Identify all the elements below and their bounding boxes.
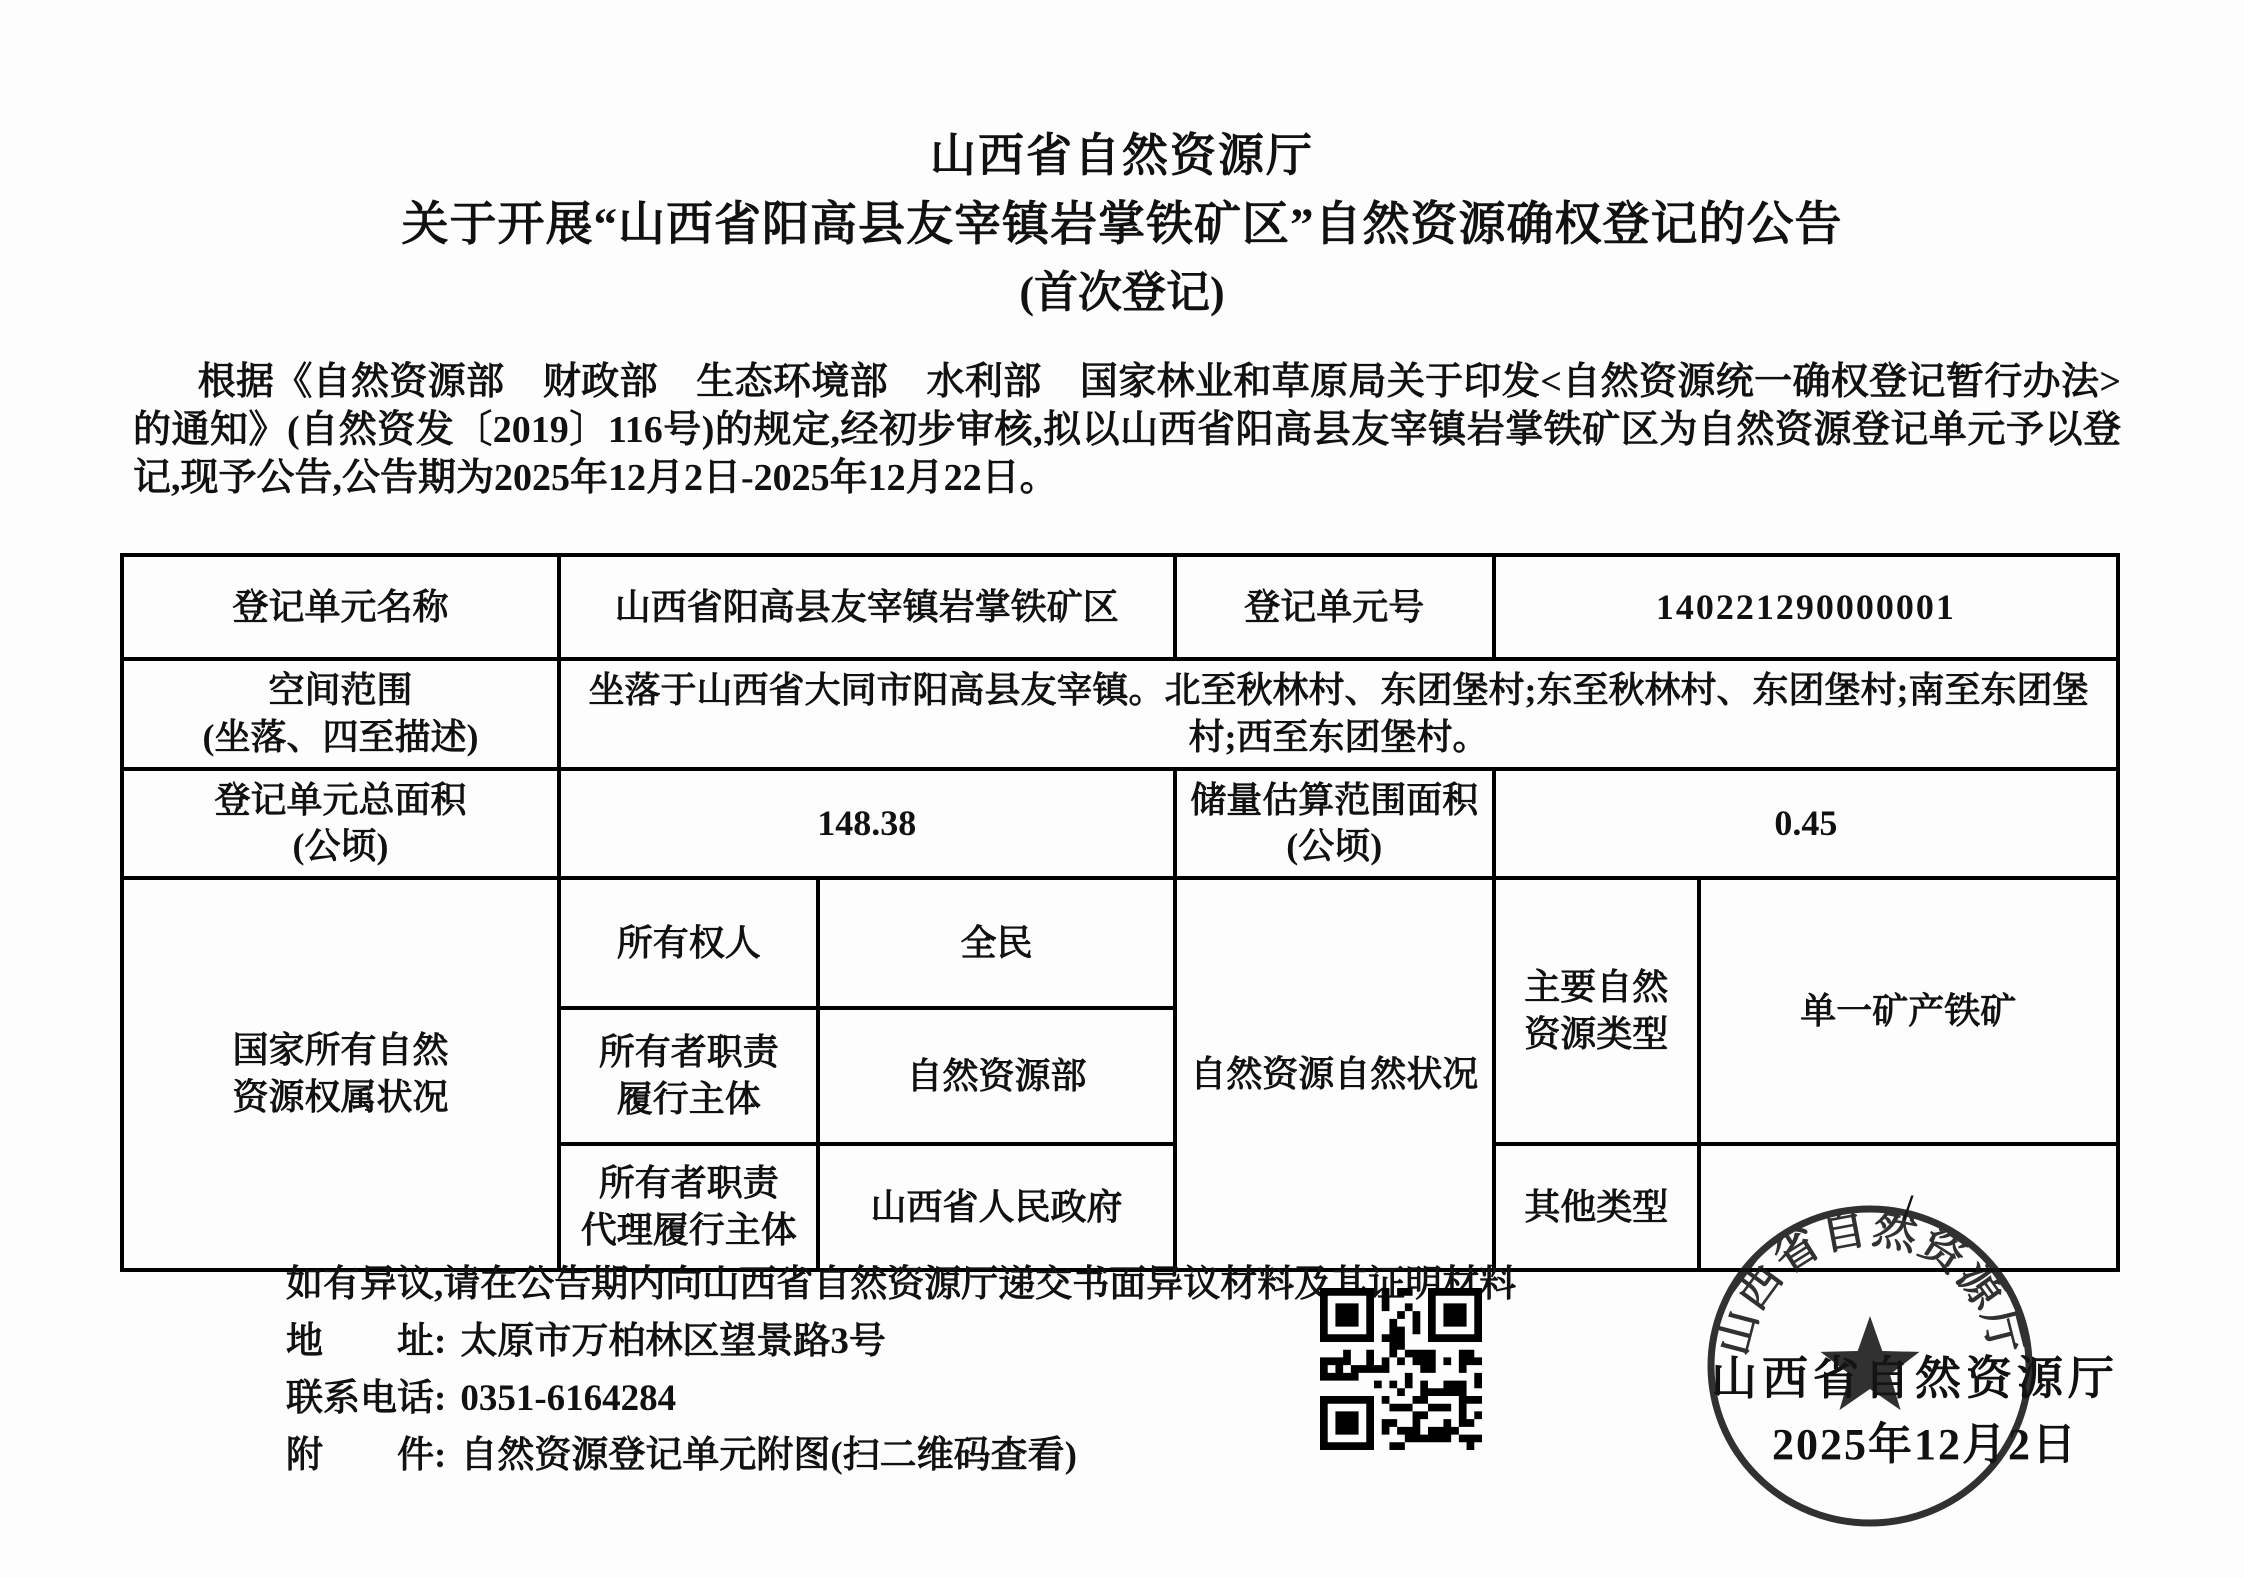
unit-name-label: 登记单元名称	[122, 555, 559, 659]
unit-number-label: 登记单元号	[1175, 555, 1494, 659]
address-value: 太原市万柏林区望景路3号	[460, 1321, 886, 1362]
official-seal: 山西省自然资源厅	[1700, 1196, 2040, 1536]
seal-star-icon	[1821, 1316, 1920, 1410]
agent-performer-value: 山西省人民政府	[818, 1144, 1174, 1270]
total-area-label: 登记单元总面积 (公顷)	[122, 769, 559, 879]
document-title: 山西省自然资源厅	[0, 122, 2244, 190]
spatial-scope-label: 空间范围 (坐落、四至描述)	[122, 659, 559, 769]
unit-name-value: 山西省阳高县友宰镇岩掌铁矿区	[559, 555, 1175, 659]
reserve-area-label: 储量估算范围面积 (公顷)	[1175, 769, 1494, 879]
spatial-scope-value: 坐落于山西省大同市阳高县友宰镇。北至秋林村、东团堡村;东至秋林村、东团堡村;南至…	[559, 659, 2118, 769]
unit-number-value: 140221290000001	[1494, 555, 2118, 659]
reserve-area-value: 0.45	[1494, 769, 2118, 879]
table-row: 空间范围 (坐落、四至描述) 坐落于山西省大同市阳高县友宰镇。北至秋林村、东团堡…	[122, 659, 2118, 769]
main-resource-type-label: 主要自然 资源类型	[1494, 878, 1699, 1144]
other-type-label: 其他类型	[1494, 1144, 1699, 1270]
nature-section-label: 自然资源自然状况	[1175, 878, 1494, 1270]
qr-code-svg	[1320, 1288, 1482, 1450]
phone-label: 联系电话:	[286, 1378, 446, 1419]
announcement-paragraph: 根据《自然资源部 财政部 生态环境部 水利部 国家林业和草原局关于印发<自然资源…	[133, 358, 2121, 502]
ownership-section-label: 国家所有自然 资源权属状况	[122, 878, 559, 1270]
registration-type-note: (首次登记)	[0, 260, 2244, 326]
owner-label: 所有权人	[559, 878, 818, 1008]
owner-value: 全民	[818, 878, 1174, 1008]
table-row: 登记单元名称 山西省阳高县友宰镇岩掌铁矿区 登记单元号 140221290000…	[122, 555, 2118, 659]
address-label: 地 址:	[286, 1321, 446, 1362]
table-row: 登记单元总面积 (公顷) 148.38 储量估算范围面积 (公顷) 0.45	[122, 769, 2118, 879]
duty-performer-label: 所有者职责 履行主体	[559, 1008, 818, 1144]
table-row: 国家所有自然 资源权属状况 所有权人 全民 自然资源自然状况 主要自然 资源类型…	[122, 878, 2118, 1008]
attachment-value: 自然资源登记单元附图(扫二维码查看)	[460, 1435, 1077, 1476]
document-page: 山西省自然资源厅 关于开展“山西省阳高县友宰镇岩掌铁矿区”自然资源确权登记的公告…	[0, 0, 2244, 1578]
qr-code-icon	[1320, 1288, 1482, 1450]
title-block: 山西省自然资源厅 关于开展“山西省阳高县友宰镇岩掌铁矿区”自然资源确权登记的公告…	[0, 122, 2244, 326]
duty-performer-value: 自然资源部	[818, 1008, 1174, 1144]
phone-value: 0351-6164284	[460, 1378, 676, 1419]
total-area-value: 148.38	[559, 769, 1175, 879]
main-resource-type-value: 单一矿产铁矿	[1699, 878, 2118, 1144]
registration-table: 登记单元名称 山西省阳高县友宰镇岩掌铁矿区 登记单元号 140221290000…	[120, 553, 2120, 1272]
agent-performer-label: 所有者职责 代理履行主体	[559, 1144, 818, 1270]
attachment-label: 附 件:	[286, 1435, 446, 1476]
document-subtitle: 关于开展“山西省阳高县友宰镇岩掌铁矿区”自然资源确权登记的公告	[0, 190, 2244, 260]
